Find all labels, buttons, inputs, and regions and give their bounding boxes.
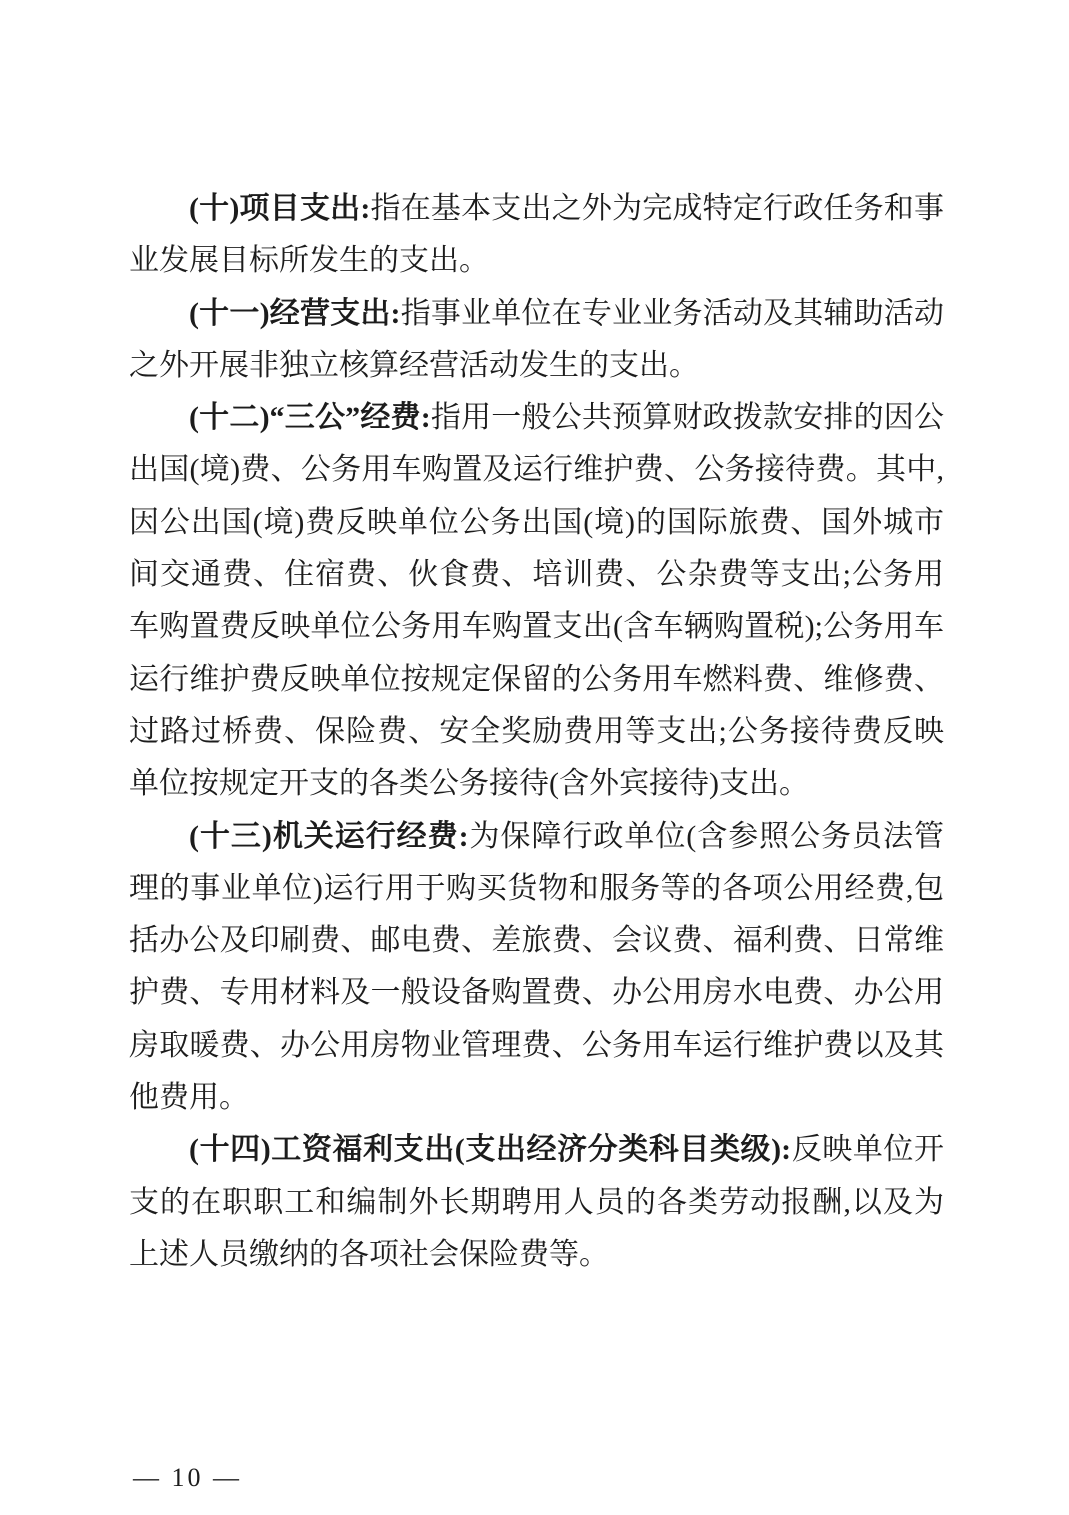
page-number: — 10 —: [133, 1463, 242, 1493]
paragraph-item-13: (十三)机关运行经费:为保障行政单位(含参照公务员法管理的事业单位)运行用于购买…: [129, 811, 944, 1125]
paragraph-body: 指用一般公共预算财政拨款安排的因公出国(境)费、公务用车购置及运行维护费、公务接…: [129, 401, 944, 800]
paragraph-heading: (十二)“三公”经费:: [189, 401, 431, 434]
paragraph-heading: (十)项目支出:: [189, 192, 370, 225]
page-number-text: — 10 —: [133, 1463, 242, 1492]
document-body: (十)项目支出:指在基本支出之外为完成特定行政任务和事业发展目标所发生的支出。 …: [129, 183, 944, 1281]
paragraph-item-14: (十四)工资福利支出(支出经济分类科目类级):反映单位开支的在职职工和编制外长期…: [129, 1124, 944, 1281]
paragraph-item-10: (十)项目支出:指在基本支出之外为完成特定行政任务和事业发展目标所发生的支出。: [129, 183, 944, 288]
paragraph-item-11: (十一)经营支出:指事业单位在专业业务活动及其辅助活动之外开展非独立核算经营活动…: [129, 288, 944, 393]
paragraph-heading: (十四)工资福利支出(支出经济分类科目类级):: [189, 1133, 791, 1166]
paragraph-heading: (十三)机关运行经费:: [189, 820, 469, 853]
paragraph-item-12: (十二)“三公”经费:指用一般公共预算财政拨款安排的因公出国(境)费、公务用车购…: [129, 392, 944, 810]
paragraph-body: 为保障行政单位(含参照公务员法管理的事业单位)运行用于购买货物和服务等的各项公用…: [129, 820, 944, 1114]
paragraph-heading: (十一)经营支出:: [189, 297, 401, 330]
document-page: (十)项目支出:指在基本支出之外为完成特定行政任务和事业发展目标所发生的支出。 …: [0, 0, 1069, 1515]
